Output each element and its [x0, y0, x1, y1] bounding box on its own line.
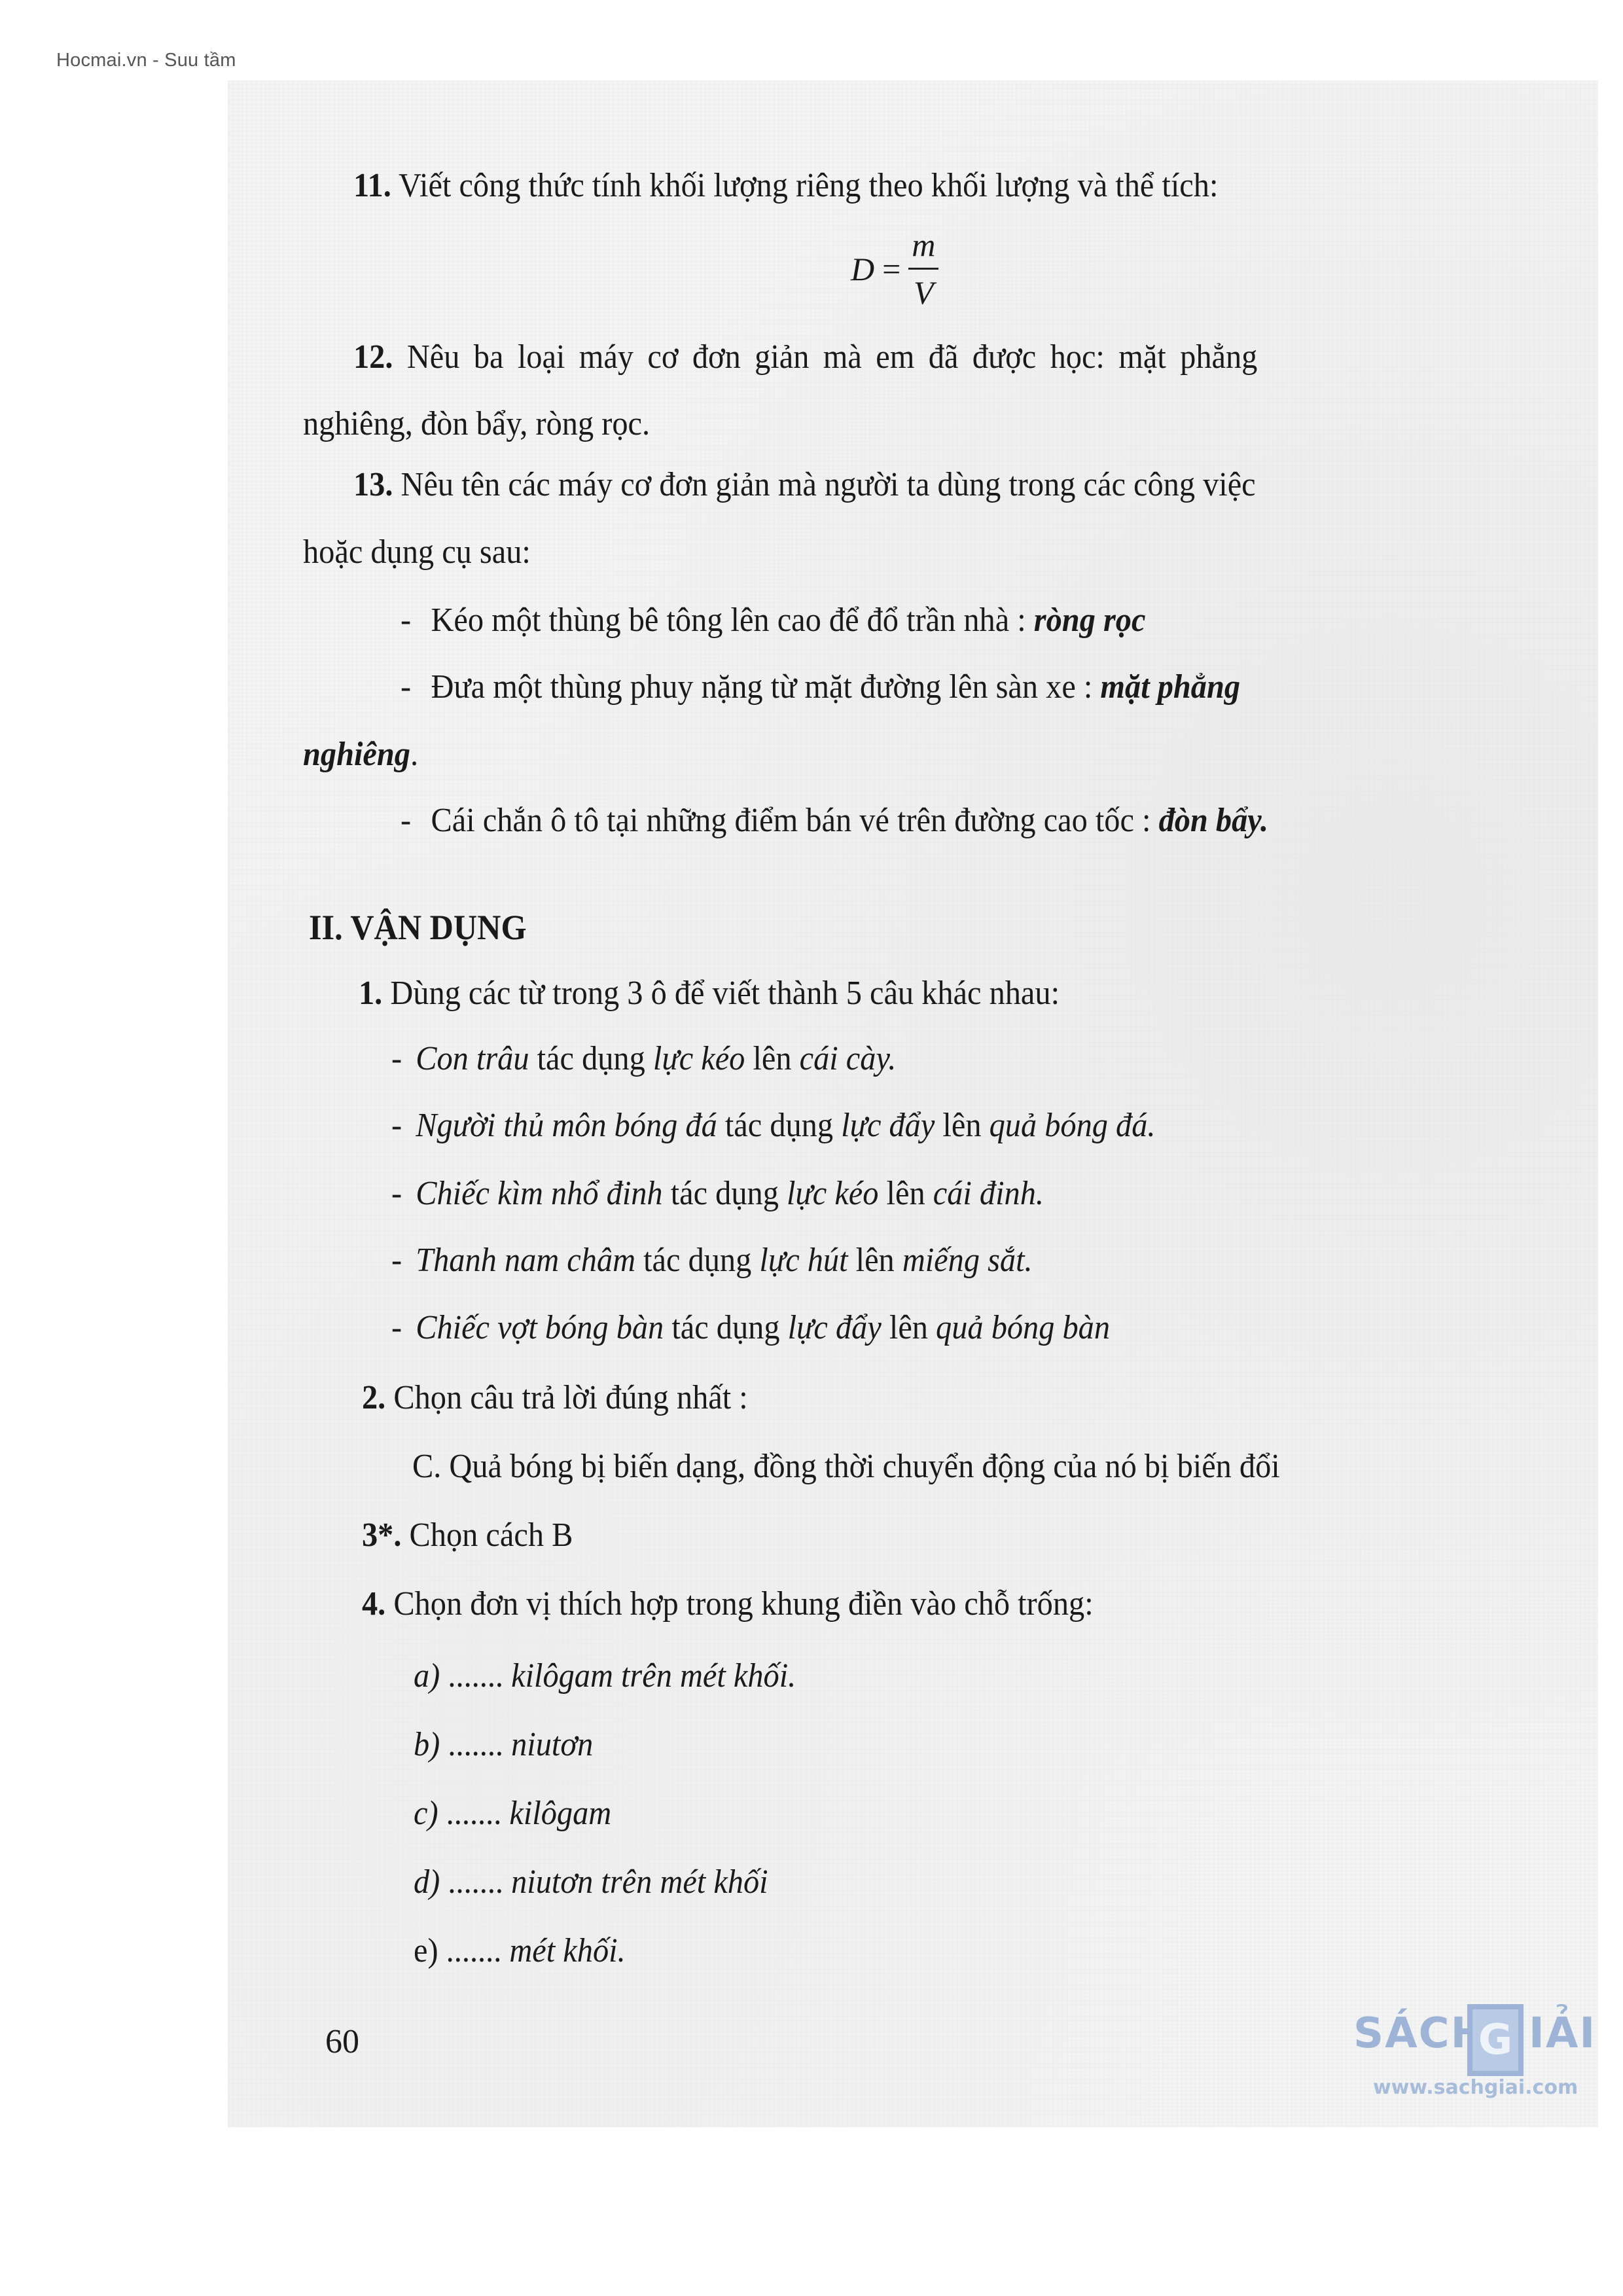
- bullet-text: Cái chắn ô tô tại những điểm bán vé trên…: [431, 802, 1159, 839]
- sentence-subject: Chiếc kìm nhổ đinh: [416, 1175, 662, 1212]
- sentence-verb: tác dụng: [663, 1175, 787, 1212]
- question-text: Chọn câu trả lời đúng nhất :: [385, 1379, 747, 1416]
- sentence-subject: Con trâu: [416, 1040, 529, 1077]
- question-12-continuation: nghiêng, đòn bẩy, ròng rọc.: [303, 407, 650, 441]
- bullet-answer-continuation: nghiêng: [303, 736, 410, 773]
- bullet-dash: -: [401, 670, 431, 704]
- vandung-question-2: 2. Chọn câu trả lời đúng nhất :: [362, 1381, 748, 1415]
- question-text: Chọn đơn vị thích hợp trong khung điền v…: [385, 1585, 1093, 1623]
- section-heading: II. VẬN DỤNG: [309, 910, 527, 945]
- bullet-text: Kéo một thùng bê tông lên cao để đổ trần…: [431, 601, 1034, 639]
- blank-dots: .......: [438, 1932, 510, 1969]
- question-12: 12. Nêu ba loại máy cơ đơn giản mà em đã…: [353, 340, 1257, 374]
- blank-e: e) ....... mét khối.: [414, 1934, 626, 1968]
- blank-label: d): [414, 1863, 440, 1901]
- sachgiai-logo: SÁCH G IẢI www.sachgiai.com: [1353, 2004, 1596, 2102]
- bullet-answer: ròng rọc: [1034, 601, 1146, 639]
- sentence-5: -Chiếc vợt bóng bàn tác dụng lực đẩy lên…: [391, 1311, 1110, 1345]
- sentence-2: -Người thủ môn bóng đá tác dụng lực đẩy …: [391, 1109, 1155, 1143]
- question-number: 1.: [359, 975, 382, 1012]
- sentence-force: lực hút: [759, 1242, 847, 1279]
- bullet-text: Đưa một thùng phuy nặng từ mặt đường lên…: [431, 668, 1101, 706]
- blank-d: d) ....... niutơn trên mét khối: [414, 1865, 768, 1899]
- blank-label: a): [414, 1657, 440, 1695]
- bullet-dash: -: [391, 1109, 416, 1143]
- blank-label: b): [414, 1726, 440, 1763]
- question-number: 13.: [353, 466, 393, 503]
- question-text: Viết công thức tính khối lượng riêng the…: [391, 167, 1219, 204]
- bullet-dash: -: [391, 1244, 416, 1278]
- blank-dots: .......: [438, 1795, 510, 1832]
- vandung-question-3: 3*. Chọn cách B: [362, 1518, 573, 1552]
- fraction-bar: [908, 268, 938, 270]
- q13-bullet-1: -Kéo một thùng bê tông lên cao để đổ trầ…: [401, 603, 1145, 637]
- sentence-object: quả bóng đá.: [990, 1107, 1156, 1144]
- sentence-object: miếng sắt.: [902, 1242, 1033, 1279]
- blank-a: a) ....... kilôgam trên mét khối.: [414, 1659, 796, 1693]
- question-number: 12.: [353, 338, 393, 376]
- blank-c: c) ....... kilôgam: [414, 1797, 611, 1831]
- page-number: 60: [325, 2022, 359, 2061]
- sentence-verb: tác dụng: [529, 1040, 653, 1077]
- sentence-1: -Con trâu tác dụng lực kéo lên cái cày.: [391, 1042, 896, 1076]
- blank-b: b) ....... niutơn: [414, 1728, 593, 1762]
- sentence-force: lực đẩy: [841, 1107, 935, 1144]
- question-number: 4.: [362, 1585, 385, 1623]
- sentence-3: -Chiếc kìm nhổ đinh tác dụng lực kéo lên…: [391, 1177, 1044, 1211]
- bullet-dash: -: [401, 603, 431, 637]
- question-11: 11. Viết công thức tính khối lượng riêng…: [353, 169, 1218, 203]
- blank-unit: niutơn trên mét khối: [511, 1863, 768, 1901]
- blank-unit: niutơn: [511, 1726, 593, 1763]
- blank-unit: kilôgam trên mét khối.: [511, 1657, 796, 1695]
- sentence-subject: Chiếc vợt bóng bàn: [416, 1309, 664, 1346]
- sentence-preposition: lên: [878, 1175, 933, 1212]
- blank-dots: .......: [440, 1863, 511, 1901]
- question-13-continuation: hoặc dụng cụ sau:: [303, 535, 531, 569]
- sentence-verb: tác dụng: [635, 1242, 759, 1279]
- bullet-dash: -: [391, 1311, 416, 1345]
- sentence-object: cái đinh.: [933, 1175, 1044, 1212]
- question-13: 13. Nêu tên các máy cơ đơn giản mà người…: [353, 468, 1256, 502]
- sentence-subject: Thanh nam châm: [416, 1242, 635, 1279]
- bullet-answer: đòn bẩy.: [1159, 802, 1268, 839]
- sentence-preposition: lên: [848, 1242, 902, 1279]
- vandung-question-4: 4. Chọn đơn vị thích hợp trong khung điề…: [362, 1587, 1094, 1621]
- sentence-force: lực kéo: [653, 1040, 745, 1077]
- sentence-object: quả bóng bàn: [936, 1309, 1110, 1346]
- blank-unit: mét khối.: [509, 1932, 625, 1969]
- formula-numerator: m: [912, 226, 935, 264]
- bullet-tail: .: [410, 736, 418, 773]
- bullet-answer: mặt phẳng: [1100, 668, 1240, 706]
- sentence-subject: Người thủ môn bóng đá: [416, 1107, 717, 1144]
- sentence-force: lực kéo: [787, 1175, 878, 1212]
- question-number: 3*.: [362, 1516, 401, 1554]
- logo-g-letter: G: [1478, 2016, 1513, 2064]
- formula-denominator: V: [914, 274, 934, 312]
- logo-book-icon: G: [1467, 2004, 1524, 2076]
- question-text: Nêu ba loại máy cơ đơn giản mà em đã đượ…: [393, 338, 1257, 376]
- formula-lhs: D: [851, 250, 874, 288]
- q13-bullet-3: -Cái chắn ô tô tại những điểm bán vé trê…: [401, 804, 1268, 838]
- bullet-dash: -: [401, 804, 431, 838]
- blank-label: c): [414, 1795, 438, 1832]
- sentence-preposition: lên: [882, 1309, 936, 1346]
- bullet-dash: -: [391, 1042, 416, 1076]
- vandung-question-1: 1. Dùng các từ trong 3 ô để viết thành 5…: [359, 977, 1060, 1011]
- blank-dots: .......: [440, 1726, 511, 1763]
- q13-bullet-2: -Đưa một thùng phuy nặng từ mặt đường lê…: [401, 670, 1240, 704]
- question-number: 2.: [362, 1379, 385, 1416]
- formula-equals: =: [882, 250, 901, 288]
- sentence-preposition: lên: [745, 1040, 799, 1077]
- sentence-preposition: lên: [935, 1107, 989, 1144]
- q13-bullet-2-continuation: nghiêng.: [303, 738, 418, 772]
- blank-unit: kilôgam: [509, 1795, 611, 1832]
- source-watermark: Hocmai.vn - Suu tầm: [56, 50, 236, 71]
- logo-url: www.sachgiai.com: [1373, 2076, 1578, 2099]
- question-text: Dùng các từ trong 3 ô để viết thành 5 câ…: [382, 975, 1060, 1012]
- question-text: Chọn cách B: [401, 1516, 573, 1554]
- question-text: Nêu tên các máy cơ đơn giản mà người ta …: [393, 466, 1255, 503]
- sentence-force: lực đẩy: [788, 1309, 882, 1346]
- sentence-object: cái cày.: [800, 1040, 897, 1077]
- sentence-4: -Thanh nam châm tác dụng lực hút lên miế…: [391, 1244, 1033, 1278]
- density-formula: D = m V: [851, 226, 938, 312]
- blank-dots: .......: [440, 1657, 511, 1695]
- question-number: 11.: [353, 167, 391, 204]
- blank-label: e): [414, 1932, 438, 1969]
- sentence-verb: tác dụng: [717, 1107, 841, 1144]
- formula-fraction: m V: [908, 226, 938, 312]
- logo-word-right: IẢI: [1529, 2009, 1596, 2058]
- q2-answer: C. Quả bóng bị biến dạng, đồng thời chuy…: [412, 1450, 1280, 1484]
- bullet-dash: -: [391, 1177, 416, 1211]
- sentence-verb: tác dụng: [664, 1309, 787, 1346]
